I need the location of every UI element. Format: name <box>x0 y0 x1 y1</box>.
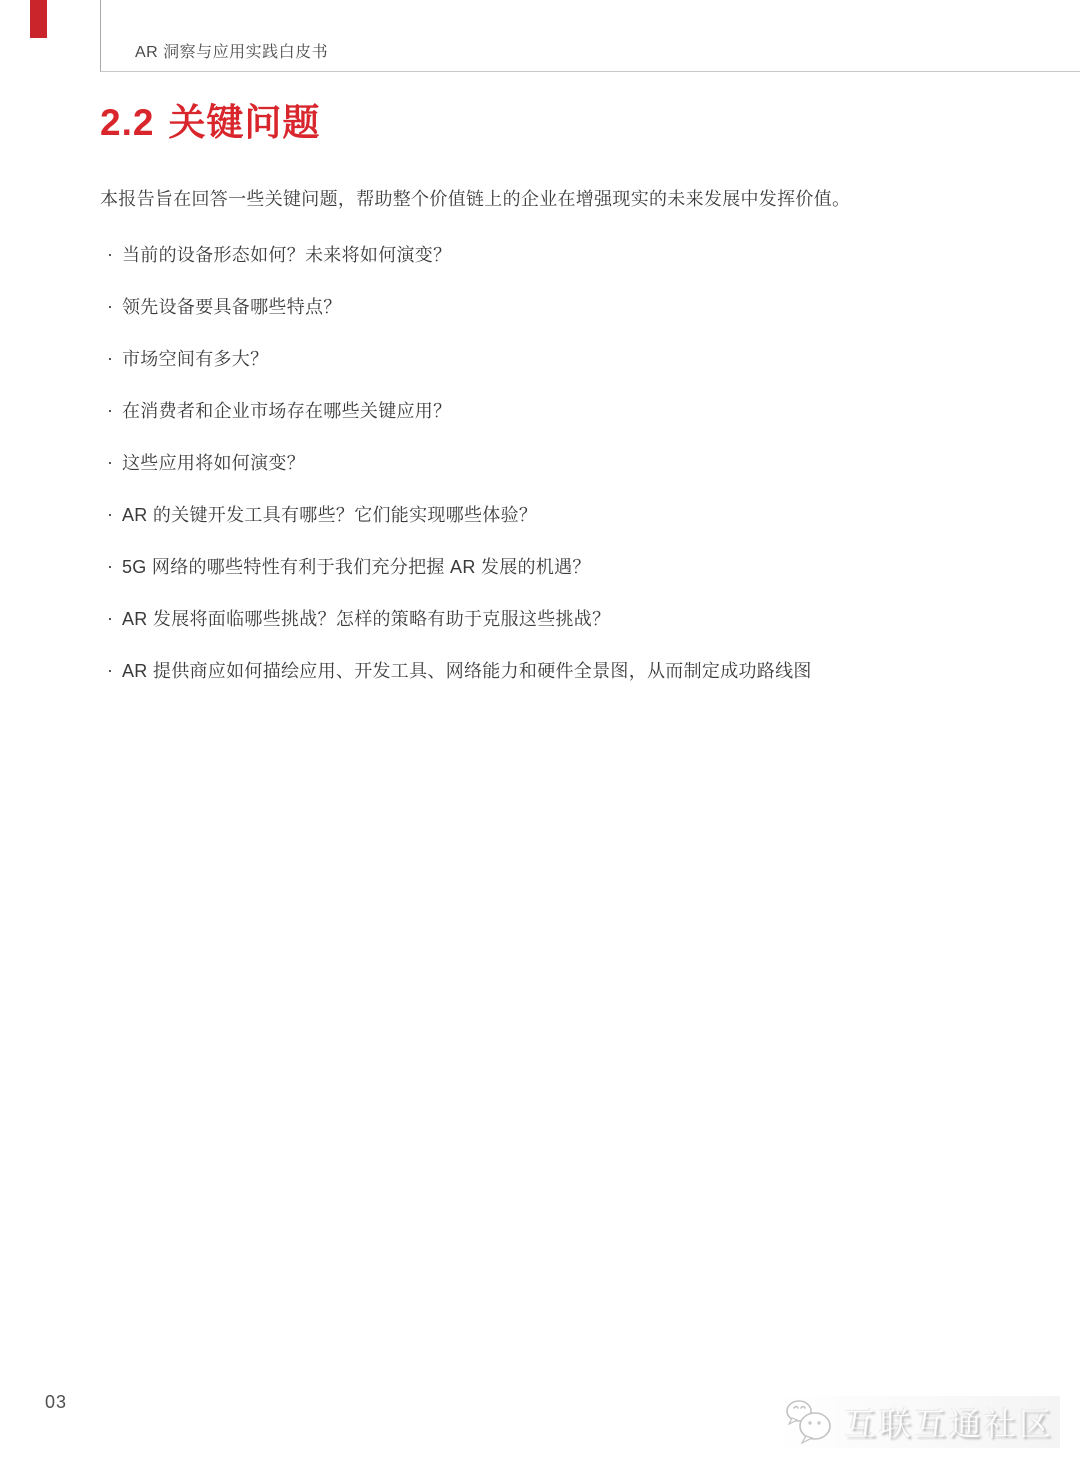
list-item-text: AR 发展将面临哪些挑战？怎样的策略有助于克服这些挑战？ <box>122 609 610 629</box>
list-item: · 在消费者和企业市场存在哪些关键应用？ <box>100 402 1024 421</box>
section-number: 2.2 <box>100 102 154 143</box>
list-item-text: AR 的关键开发工具有哪些？它们能实现哪些体验？ <box>122 505 537 525</box>
running-header: AR 洞察与应用实践白皮书 <box>100 0 1080 72</box>
whitepaper-page: AR 洞察与应用实践白皮书 2.2关键问题 本报告旨在回答一些关键问题，帮助整个… <box>0 0 1080 1466</box>
list-item: · AR 发展将面临哪些挑战？怎样的策略有助于克服这些挑战？ <box>100 610 1024 629</box>
bullet-icon: · <box>107 609 113 628</box>
list-item-text: 在消费者和企业市场存在哪些关键应用？ <box>122 401 451 421</box>
page-number: 03 <box>45 1392 67 1413</box>
list-item: · AR 提供商应如何描绘应用、开发工具、网络能力和硬件全景图，从而制定成功路线… <box>100 662 1024 681</box>
bullet-icon: · <box>107 349 113 368</box>
list-item: · 5G 网络的哪些特性有利于我们充分把握 AR 发展的机遇？ <box>100 558 1024 577</box>
bullet-icon: · <box>107 661 113 680</box>
community-name: 互联互通社区 <box>844 1399 1054 1445</box>
community-watermark: 互联互通社区 <box>774 1396 1060 1448</box>
wechat-bubbles-icon <box>784 1398 836 1446</box>
bullet-icon: · <box>107 245 113 264</box>
section-title: 关键问题 <box>168 102 320 143</box>
key-questions-list: · 当前的设备形态如何？未来将如何演变？ · 领先设备要具备哪些特点？ · 市场… <box>100 246 1024 681</box>
bullet-icon: · <box>107 297 113 316</box>
bullet-icon: · <box>107 401 113 420</box>
list-item: · 市场空间有多大？ <box>100 350 1024 369</box>
bullet-icon: · <box>107 453 113 472</box>
document-title: AR 洞察与应用实践白皮书 <box>135 39 328 62</box>
section-heading: 2.2关键问题 <box>100 102 1030 143</box>
list-item-text: 当前的设备形态如何？未来将如何演变？ <box>122 245 451 265</box>
list-item-text: 领先设备要具备哪些特点？ <box>122 297 342 317</box>
list-item-text: 市场空间有多大？ <box>122 349 268 369</box>
list-item-text: 5G 网络的哪些特性有利于我们充分把握 AR 发展的机遇？ <box>122 557 591 577</box>
intro-paragraph: 本报告旨在回答一些关键问题，帮助整个价值链上的企业在增强现实的未来发展中发挥价值… <box>100 189 1024 210</box>
bullet-icon: · <box>107 505 113 524</box>
corner-red-mark <box>30 0 47 38</box>
bullet-icon: · <box>107 557 113 576</box>
list-item-text: 这些应用将如何演变？ <box>122 453 305 473</box>
list-item: · AR 的关键开发工具有哪些？它们能实现哪些体验？ <box>100 506 1024 525</box>
list-item: · 领先设备要具备哪些特点？ <box>100 298 1024 317</box>
list-item: · 当前的设备形态如何？未来将如何演变？ <box>100 246 1024 265</box>
list-item: · 这些应用将如何演变？ <box>100 454 1024 473</box>
list-item-text: AR 提供商应如何描绘应用、开发工具、网络能力和硬件全景图，从而制定成功路线图 <box>122 661 812 681</box>
